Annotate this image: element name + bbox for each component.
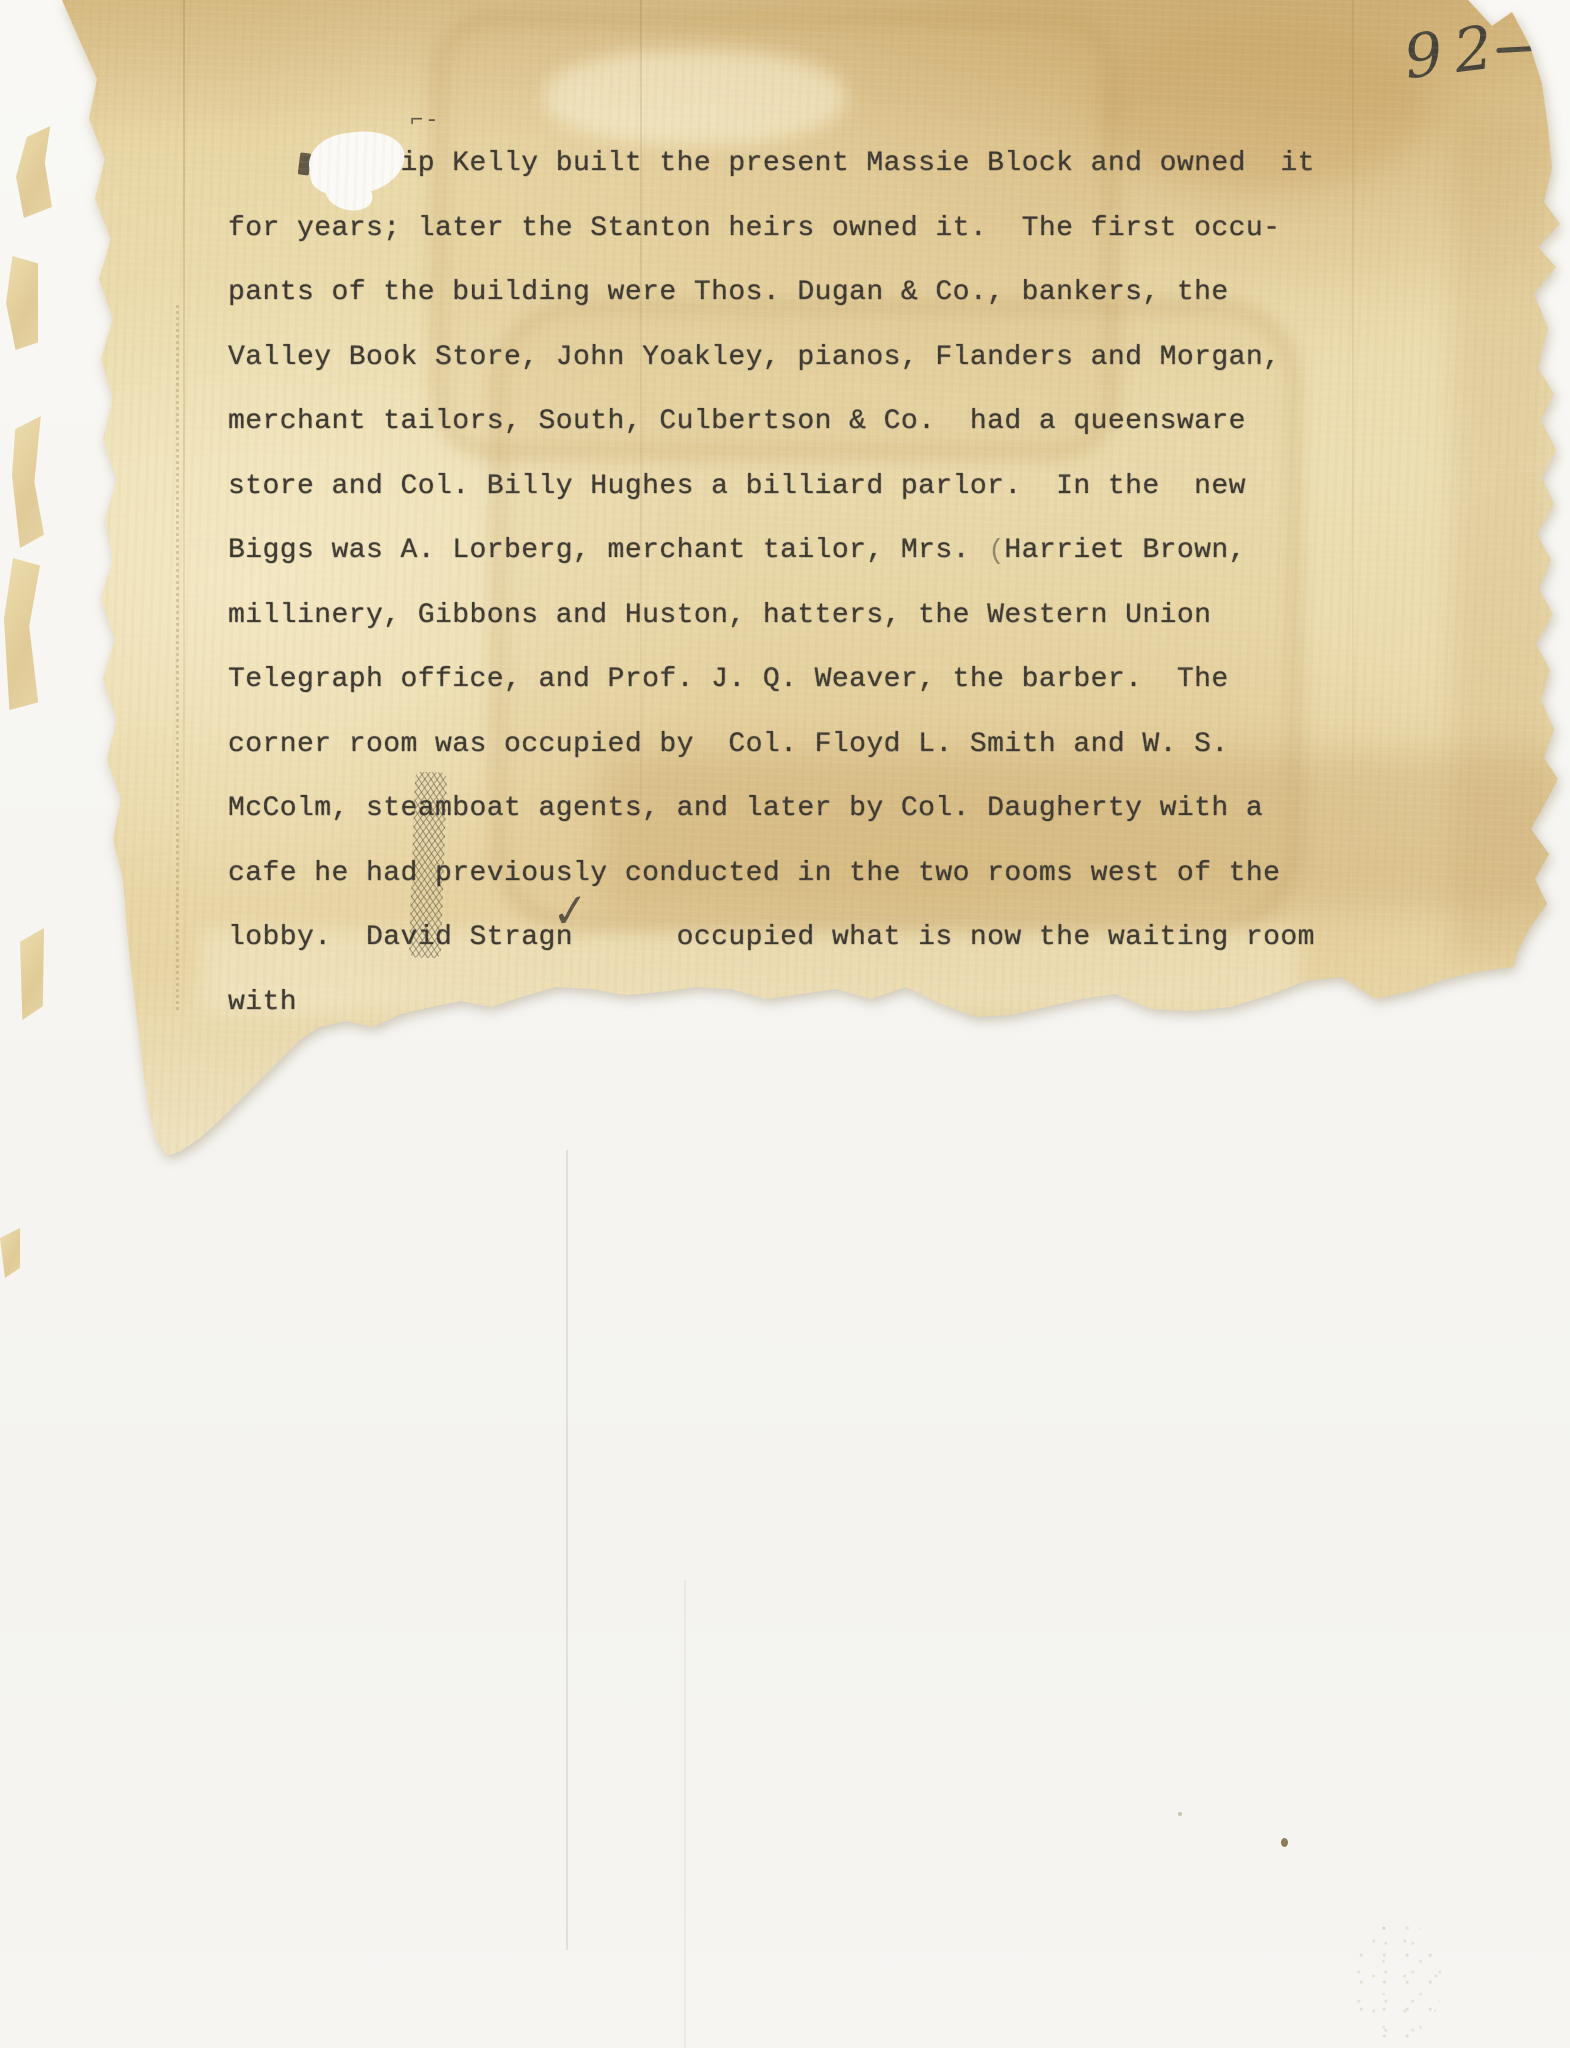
typed-line: with: [228, 971, 1315, 1036]
typed-line: Telegraph office, and Prof. J. Q. Weaver…: [228, 648, 1315, 713]
typed-line: cafe he had previously conducted in the …: [228, 842, 1315, 907]
paper-sheet: ip Kelly built the present Massie Block …: [0, 0, 1570, 1175]
scraped-white-patch: [306, 126, 409, 199]
stain-speckle-cluster: [1352, 1920, 1442, 2040]
stray-paren-mark: (: [988, 536, 1005, 567]
typed-line: lobby. David Stragn occupied what is now…: [228, 906, 1315, 971]
pencil-dash-mark: [1497, 45, 1559, 53]
stain-speck: [1178, 1812, 1182, 1816]
stain: [0, 0, 1570, 135]
stain-speck: [1281, 1838, 1288, 1847]
stain: [600, 752, 1570, 912]
typed-line: pants of the building were Thos. Dugan &…: [228, 261, 1315, 326]
stain: [200, 930, 1300, 1015]
fold-crease: [640, 0, 642, 1000]
tape-shadow-stain: [492, 300, 1301, 932]
typed-line: for years; later the Stanton heirs owned…: [228, 197, 1315, 262]
stain: [545, 50, 845, 145]
pencil-scribble-mark: [409, 771, 447, 958]
scanned-page: ip Kelly built the present Massie Block …: [0, 0, 1570, 2048]
partial-letter-fragment: [298, 152, 312, 175]
paper-shadow-wrap: ip Kelly built the present Massie Block …: [0, 0, 1570, 2048]
typed-line: store and Col. Billy Hughes a billiard p…: [228, 455, 1315, 520]
typed-stray-mark: ⌐-: [410, 108, 440, 133]
typed-text-block: ip Kelly built the present Massie Block …: [228, 132, 1315, 1035]
typed-line: corner room was occupied by Col. Floyd L…: [228, 713, 1315, 778]
typed-line: ip Kelly built the present Massie Block …: [228, 132, 1315, 197]
tape-shadow-stain: [432, 12, 1118, 458]
typed-line: merchant tailors, South, Culbertson & Co…: [228, 390, 1315, 455]
page-number-digits: 92: [1400, 11, 1508, 93]
typed-line: McColm, steamboat agents, and later by C…: [228, 777, 1315, 842]
stain: [1100, 20, 1430, 190]
fold-crease: [183, 0, 185, 1060]
scraped-white-patch: [322, 173, 376, 216]
handwritten-page-number: 92: [1400, 5, 1562, 93]
stain: [1452, 120, 1552, 960]
typed-line: Biggs was A. Lorberg, merchant tailor, M…: [228, 519, 1315, 584]
typed-line: Valley Book Store, John Yoakley, pianos,…: [228, 326, 1315, 391]
fold-crease-dotted: [176, 305, 179, 1010]
typed-line: millinery, Gibbons and Huston, hatters, …: [228, 584, 1315, 649]
fold-crease: [1352, 0, 1354, 965]
pencil-checkmark: ✓: [550, 883, 590, 941]
